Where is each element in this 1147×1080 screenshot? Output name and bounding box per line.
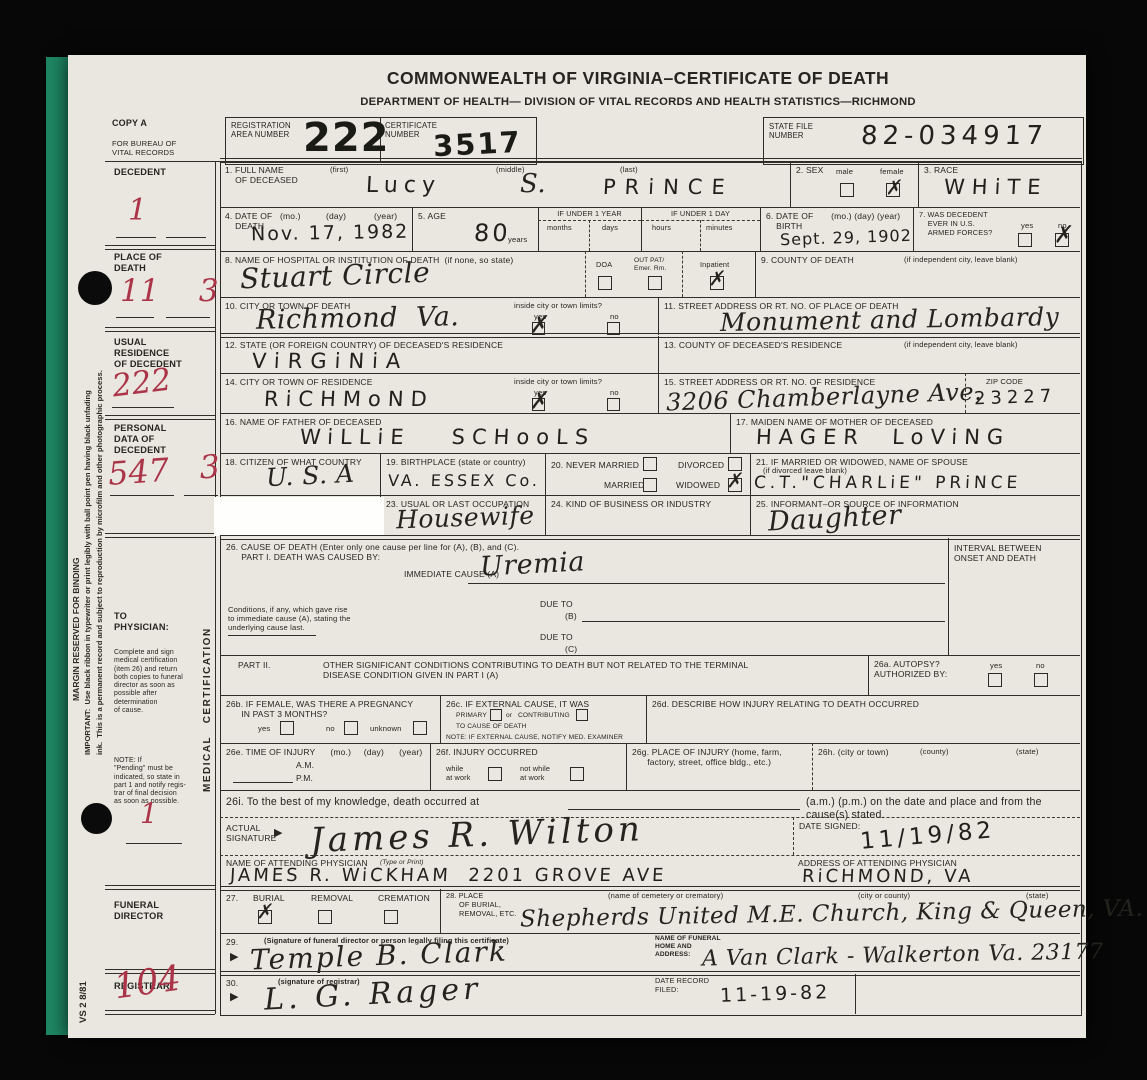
- bureau-label: FOR BUREAU OF VITAL RECORDS: [112, 139, 202, 157]
- city-county-hint: (city or county): [858, 891, 910, 900]
- outpat-checkbox: [648, 276, 662, 290]
- inpatient-mark: ✗: [707, 267, 725, 291]
- injury-county-label: (county): [920, 747, 949, 756]
- row-line: [220, 655, 1080, 656]
- cemetery-hint: (name of cemetery or crematory): [608, 891, 723, 900]
- county-residence-label: 13. COUNTY OF DECEASED'S RESIDENCE: [664, 340, 842, 350]
- date-of-death-value: Nov. 17, 1982: [251, 221, 410, 246]
- under-1-year-label: IF UNDER 1 YEAR: [538, 210, 641, 219]
- divider: [760, 207, 761, 251]
- dashes: [812, 743, 813, 790]
- row-line: [220, 695, 1080, 696]
- county-of-death-hint: (if independent city, leave blank): [904, 255, 1018, 264]
- immediate-cause-value: Uremia: [479, 546, 585, 582]
- divorced-label: DIVORCED: [678, 460, 724, 470]
- state-residence-value: ViRGiNiA: [251, 349, 409, 373]
- divider: [658, 297, 659, 335]
- contributing-checkbox: [576, 709, 588, 721]
- limits-no-checkbox-res: [607, 398, 620, 411]
- minutes-label: minutes: [706, 224, 733, 233]
- divider: [440, 889, 441, 933]
- sidebar-place-of-death-label: PLACE OF DEATH: [114, 252, 162, 274]
- b-label: (B): [565, 611, 577, 621]
- registrar-arrow-icon: ▶: [230, 991, 239, 1004]
- funeral-arrow-icon: ▶: [230, 951, 239, 964]
- code-line: [184, 495, 218, 496]
- row-line: [220, 207, 1080, 208]
- race-value: WHiTE: [943, 175, 1048, 199]
- armed-yes-label: yes: [1021, 221, 1033, 230]
- divider: [658, 373, 659, 413]
- autopsy-label: 26a. AUTOPSY? AUTHORIZED BY:: [874, 659, 947, 679]
- code-line: [166, 237, 206, 238]
- street-of-death-value: Monument and Lombardy: [720, 302, 1060, 337]
- part2-head: PART II.: [238, 660, 271, 670]
- while-at-work-checkbox: [488, 767, 502, 781]
- divider: [755, 251, 756, 297]
- external-note: NOTE: IF EXTERNAL CAUSE, NOTIFY MED. EXA…: [446, 734, 623, 742]
- days-label: days: [602, 224, 618, 233]
- divider: [948, 538, 949, 655]
- pm-label: P.M.: [296, 773, 313, 783]
- widowed-mark: ✗: [725, 469, 743, 493]
- sidebar-decedent-code: 1: [128, 193, 147, 228]
- date-filed-label: DATE RECORD FILED:: [655, 977, 709, 995]
- widowed-label: WIDOWED: [676, 480, 720, 490]
- primary-label: PRIMARY: [456, 712, 487, 720]
- row-line: [220, 453, 1080, 454]
- registrar-num: 30.: [226, 978, 238, 988]
- actual-signature-label: ACTUAL SIGNATURE: [226, 823, 277, 843]
- full-name-label: 1. FULL NAME OF DECEASED: [225, 165, 298, 185]
- limits-no-label-res: no: [610, 388, 619, 397]
- external-cause-label: 26c. IF EXTERNAL CAUSE, IT WAS: [446, 699, 589, 709]
- sex-label: 2. SEX: [796, 165, 823, 175]
- autopsy-yes-label: yes: [990, 661, 1002, 670]
- autopsy-no-label: no: [1036, 661, 1045, 670]
- armed-yes-checkbox: [1018, 233, 1032, 247]
- marital-num: 20.: [551, 460, 563, 470]
- cremation-label: CREMATION: [378, 893, 430, 903]
- divider: [913, 207, 914, 251]
- injury-city-label: 26h. (city or town): [818, 747, 889, 757]
- margin-important-line2: ink. This is a permanent record and subj…: [95, 245, 104, 755]
- doa-checkbox: [598, 276, 612, 290]
- state-file-label: STATE FILE NUMBER: [769, 122, 813, 141]
- pregnancy-unknown-checkbox: [413, 721, 427, 735]
- occupation-value: Housewife: [396, 501, 535, 535]
- cause-of-death-label: 26. CAUSE OF DEATH (Enter only one cause…: [226, 542, 519, 562]
- autopsy-yes-checkbox: [988, 673, 1002, 687]
- sidebar-rule-4: [105, 533, 215, 538]
- while-at-work-label: while at work: [446, 765, 471, 783]
- divider: [750, 453, 751, 495]
- zip-label: ZIP CODE: [986, 377, 1023, 386]
- describe-injury-label: 26d. DESCRIBE HOW INJURY RELATING TO DEA…: [652, 699, 919, 709]
- sidebar-physician-code: 1: [140, 797, 158, 830]
- father-value: WiLLiE SCHooLS: [299, 425, 595, 449]
- zip-value: 23227: [974, 386, 1057, 410]
- certificate-paper: MARGIN RESERVED FOR BINDING IMPORTANT: U…: [68, 55, 1086, 1038]
- married-label: MARRIED: [604, 480, 644, 490]
- months-label: months: [547, 224, 572, 233]
- registration-area-number: 222: [303, 115, 390, 161]
- form-code: VS 2 8/81: [78, 943, 89, 1023]
- dashes: [700, 220, 701, 251]
- burial-num: 27.: [226, 893, 238, 903]
- state-file-number: 82-034917: [860, 121, 1048, 151]
- row-line: [220, 297, 1080, 298]
- section-rule: [220, 971, 1080, 976]
- code-line: [166, 317, 210, 318]
- signature-arrow-icon: ▶: [274, 827, 283, 840]
- business-label: 24. KIND OF BUSINESS OR INDUSTRY: [551, 499, 711, 509]
- sidebar-personal-code: 547 3: [107, 447, 221, 493]
- divider: [918, 161, 919, 207]
- row-line: [220, 413, 1080, 414]
- race-label: 3. RACE: [924, 165, 958, 175]
- name-last-value: PRiNCE: [602, 175, 734, 199]
- age-value: 80: [473, 219, 511, 247]
- sidebar-top-rule: [105, 161, 220, 162]
- birthplace-label: 19. BIRTHPLACE (state or country): [386, 457, 526, 467]
- funeral-num: 29.: [226, 937, 238, 947]
- city-residence-value: RiCHMoND: [263, 387, 434, 411]
- injury-occurred-label: 26f. INJURY OCCURRED: [436, 747, 538, 757]
- removal-checkbox: [318, 910, 332, 924]
- armed-no-mark: ✗: [1052, 222, 1073, 249]
- c-label: (C): [565, 644, 577, 654]
- primary-checkbox: [490, 709, 502, 721]
- sidebar-rule-3: [105, 415, 215, 420]
- injury-state-label: (state): [1016, 747, 1039, 756]
- pregnancy-no-label: no: [326, 724, 335, 733]
- certificate-number-label: CERTIFICATE NUMBER: [385, 121, 437, 140]
- sidebar-rule-1: [105, 245, 215, 250]
- sex-female-label: female: [880, 167, 904, 176]
- document-title: COMMONWEALTH OF VIRGINIA–CERTIFICATE OF …: [288, 68, 988, 89]
- sidebar-residence-code: 222: [110, 362, 173, 405]
- not-while-at-work-label: not while at work: [520, 765, 550, 783]
- name-middle-value: S.: [520, 169, 546, 199]
- registration-area-label: REGISTRATION AREA NUMBER: [231, 121, 291, 140]
- sex-male-label: male: [836, 167, 853, 176]
- cremation-checkbox: [384, 910, 398, 924]
- to-cause-label: TO CAUSE OF DEATH: [456, 723, 527, 731]
- never-married-checkbox: [643, 457, 657, 471]
- code-line: [116, 237, 156, 238]
- city-of-death-value: Richmond Va.: [256, 301, 460, 336]
- margin-important-line1: IMPORTANT: Use black ribbon in typewrite…: [83, 245, 92, 755]
- divider: [440, 695, 441, 743]
- divider: [545, 453, 546, 495]
- limits-yes-mark-res: ✗: [528, 388, 549, 415]
- divider: [750, 495, 751, 535]
- row-line: [220, 373, 1080, 374]
- married-checkbox: [643, 478, 657, 492]
- sidebar-rule-5: [105, 885, 215, 890]
- divider: [658, 336, 659, 373]
- removal-label: REMOVAL: [311, 893, 353, 903]
- attending-physician-value: JAMES R. WiCKHAM 2201 GROVE AVE: [229, 865, 666, 886]
- due-to-b-label: DUE TO: [540, 599, 573, 609]
- citizen-value: U. S. A: [265, 459, 355, 493]
- punch-hole-bottom: [81, 803, 112, 834]
- write-line: [468, 583, 945, 584]
- document-subtitle: DEPARTMENT OF HEALTH— DIVISION OF VITAL …: [288, 96, 988, 110]
- divider: [868, 655, 869, 695]
- sidebar-funeral-label: FUNERAL DIRECTOR: [114, 900, 163, 922]
- divider: [545, 495, 546, 535]
- not-while-at-work-checkbox: [570, 767, 584, 781]
- spouse-value: C.T."CHARLiE" PRiNCE: [753, 473, 1021, 493]
- dashes: [589, 220, 590, 251]
- divider: [646, 695, 647, 743]
- county-of-death-label: 9. COUNTY OF DEATH: [761, 255, 854, 265]
- date-signed-label: DATE SIGNED:: [799, 821, 860, 831]
- pregnancy-yes-label: yes: [258, 724, 270, 733]
- divider: [412, 207, 413, 251]
- divider: [790, 161, 791, 207]
- sex-female-mark: ✗: [884, 176, 902, 200]
- conditions-note: Conditions, if any, which gave rise to i…: [228, 605, 351, 632]
- underline: [228, 635, 316, 636]
- part2-text: OTHER SIGNIFICANT CONDITIONS CONTRIBUTIN…: [323, 660, 748, 680]
- sidebar-to-physician-label: TO PHYSICIAN:: [114, 611, 169, 633]
- code-line: [116, 317, 154, 318]
- sidebar-decedent-label: DECEDENT: [114, 167, 166, 178]
- sidebar-rule-7: [105, 1010, 215, 1015]
- divider: [380, 453, 381, 495]
- dashes: [793, 817, 794, 855]
- armed-forces-label: 7. WAS DECEDENT EVER IN U.S. ARMED FORCE…: [919, 211, 992, 237]
- date-filed-value: 11-19-82: [720, 981, 831, 1007]
- knowledge-label: 26i. To the best of my knowledge, death …: [226, 796, 479, 809]
- write-line: [582, 621, 945, 622]
- hospital-value: Stuart Circle: [239, 256, 430, 296]
- row-line: [220, 743, 1080, 744]
- doa-label: DOA: [596, 261, 612, 270]
- pregnancy-no-checkbox: [344, 721, 358, 735]
- time-of-injury-label: 26e. TIME OF INJURY (mo.) (day) (year): [226, 747, 422, 757]
- city-residence-label: 14. CITY OR TOWN OF RESIDENCE: [225, 377, 373, 387]
- physician-address-value: RiCHMOND, VA: [801, 866, 974, 887]
- limits-label-res: inside city or town limits?: [514, 377, 602, 386]
- age-label: 5. AGE: [418, 211, 446, 221]
- binding-strip: [46, 57, 69, 1035]
- margin-binding-note: MARGIN RESERVED FOR BINDING: [71, 461, 81, 701]
- name-first-value: Lucy: [365, 173, 441, 198]
- sidebar-registrar-code: 104: [112, 959, 184, 1008]
- divider: [855, 974, 856, 1014]
- limits-label-death: inside city or town limits?: [514, 301, 602, 310]
- scanned-death-certificate: MARGIN RESERVED FOR BINDING IMPORTANT: U…: [0, 0, 1147, 1080]
- contributing-label: CONTRIBUTING: [518, 712, 570, 720]
- pregnancy-label: 26b. IF FEMALE, WAS THERE A PREGNANCY IN…: [226, 699, 413, 719]
- county-residence-hint: (if independent city, leave blank): [904, 340, 1018, 349]
- hours-label: hours: [652, 224, 671, 233]
- birthplace-value: VA. ESSEX Co.: [388, 471, 541, 490]
- under-1-day-label: IF UNDER 1 DAY: [641, 210, 760, 219]
- sidebar-place-code: 11 3: [120, 273, 219, 309]
- limits-no-label-death: no: [610, 312, 619, 321]
- redaction-box: [214, 497, 384, 536]
- divider: [430, 743, 431, 790]
- sex-male-checkbox: [840, 183, 854, 197]
- autopsy-no-checkbox: [1034, 673, 1048, 687]
- code-line: [112, 407, 174, 408]
- pregnancy-yes-checkbox: [280, 721, 294, 735]
- dashes: [585, 251, 586, 297]
- place-of-burial-label: 28. PLACE OF BURIAL, REMOVAL, ETC.: [446, 892, 517, 918]
- code-line: [110, 495, 174, 496]
- code-line: [126, 843, 182, 844]
- sidebar-physician-note: Complete and sign medical certification …: [114, 649, 214, 715]
- or-label: or: [506, 712, 512, 720]
- write-line: [233, 782, 293, 783]
- dashes: [682, 251, 683, 297]
- row-line: [220, 933, 1080, 934]
- interval-label: INTERVAL BETWEEN ONSET AND DEATH: [954, 543, 1042, 563]
- mother-value: HAGER LoViNG: [755, 425, 1010, 449]
- divider: [626, 743, 627, 790]
- outpat-label: OUT PAT/ Emer. Rm.: [634, 257, 666, 273]
- row-line: [220, 251, 1080, 252]
- age-unit: years: [508, 235, 527, 244]
- burial-mark: ✗: [255, 900, 273, 924]
- due-to-c-label: DUE TO: [540, 632, 573, 642]
- divider: [730, 413, 731, 453]
- place-of-injury-label: 26g. PLACE OF INJURY (home, farm, factor…: [632, 747, 782, 767]
- pregnancy-unknown-label: unknown: [370, 724, 401, 733]
- section-rule: [220, 333, 1080, 338]
- never-married-label: NEVER MARRIED: [566, 460, 639, 470]
- dashes: [220, 817, 1080, 818]
- first-hint: (first): [330, 165, 348, 174]
- row-line: [220, 495, 1080, 496]
- dashes: [220, 855, 1080, 856]
- sidebar-pending-note: NOTE: If "Pending" must be indicated, so…: [114, 757, 214, 807]
- am-label: A.M.: [296, 760, 314, 770]
- sidebar-rule-2: [105, 327, 215, 332]
- section-rule: [220, 535, 1080, 540]
- copy-label: COPY A: [112, 118, 147, 129]
- last-hint: (last): [620, 165, 638, 174]
- row-line: [220, 790, 1080, 791]
